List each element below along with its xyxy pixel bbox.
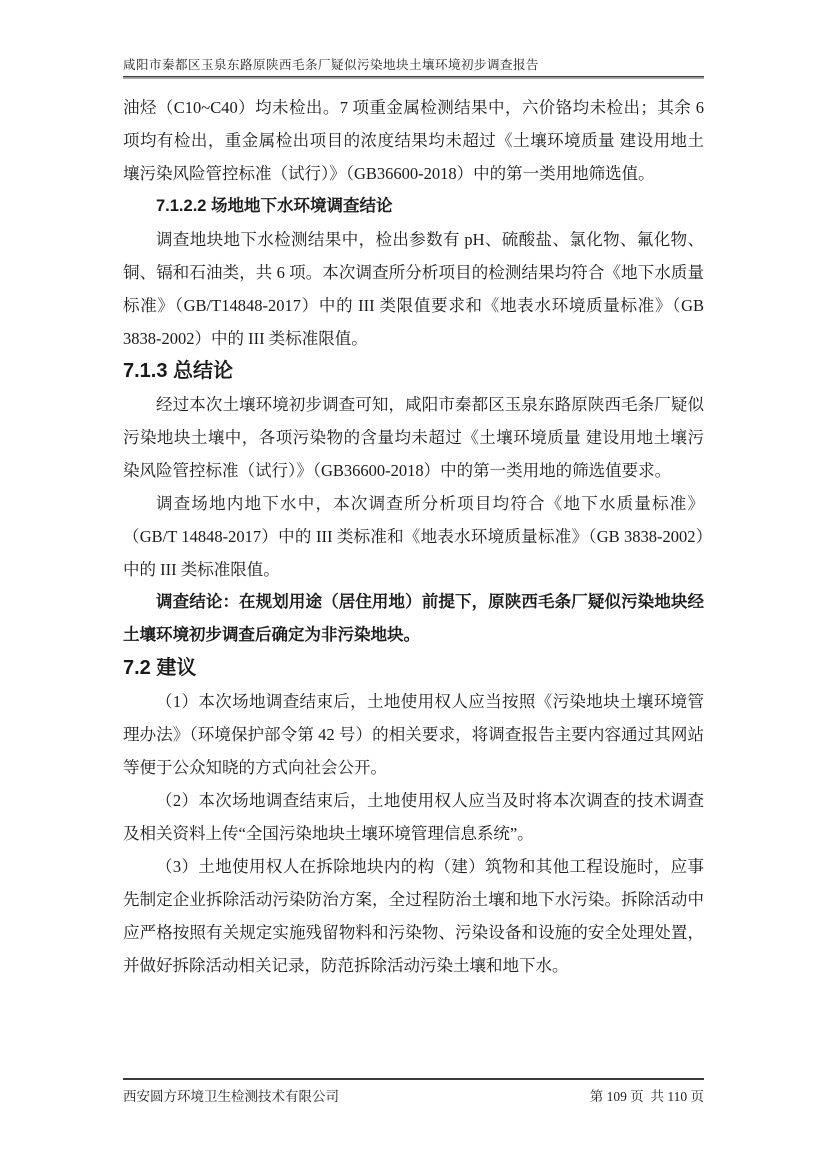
heading-7-1-3-general-conclusion: 7.1.3 总结论 xyxy=(123,355,704,388)
page-content: 油烃（C10~C40）均未检出。7 项重金属检测结果中，六价铬均未检出；其余 6… xyxy=(123,91,704,982)
paragraph-soil-summary: 经过本次土壤环境初步调查可知，咸阳市秦都区玉泉东路原陕西毛条厂疑似污染地块土壤中… xyxy=(123,388,704,487)
paragraph-groundwater-results: 调查地块地下水检测结果中，检出参数有 pH、硫酸盐、氯化物、氟化物、铜、镉和石油… xyxy=(123,223,704,355)
paragraph-suggestion-1: （1）本次场地调查结束后，土地使用权人应当按照《污染地块土壤环境管理办法》（环境… xyxy=(123,685,704,784)
paragraph-groundwater-summary: 调查场地内地下水中，本次调查所分析项目均符合《地下水质量标准》（GB/T 148… xyxy=(123,487,704,586)
paragraph-survey-conclusion: 调查结论：在规划用途（居住用地）前提下，原陕西毛条厂疑似污染地块经土壤环境初步调… xyxy=(123,586,704,652)
heading-7-1-2-2-groundwater-conclusion: 7.1.2.2 场地地下水环境调查结论 xyxy=(123,190,704,223)
page-header: 咸阳市秦都区玉泉东路原陕西毛条厂疑似污染地块土壤环境初步调查报告 xyxy=(123,57,704,79)
report-page: 咸阳市秦都区玉泉东路原陕西毛条厂疑似污染地块土壤环境初步调查报告 油烃（C10~… xyxy=(0,0,827,1169)
page-footer: 西安圆方环境卫生检测技术有限公司 第 109 页 共 110 页 xyxy=(123,1078,704,1105)
footer-company-name: 西安圆方环境卫生检测技术有限公司 xyxy=(123,1085,339,1105)
paragraph-suggestion-3: （3）土地使用权人在拆除地块内的构（建）筑物和其他工程设施时，应事先制定企业拆除… xyxy=(123,850,704,982)
header-rule xyxy=(123,76,704,79)
report-title: 咸阳市秦都区玉泉东路原陕西毛条厂疑似污染地块土壤环境初步调查报告 xyxy=(123,57,704,74)
paragraph-intro-continued: 油烃（C10~C40）均未检出。7 项重金属检测结果中，六价铬均未检出；其余 6… xyxy=(123,91,704,190)
paragraph-suggestion-2: （2）本次场地调查结束后，土地使用权人应当及时将本次调查的技术调查及相关资料上传… xyxy=(123,784,704,850)
heading-7-2-suggestions: 7.2 建议 xyxy=(123,652,704,685)
footer-page-indicator: 第 109 页 共 110 页 xyxy=(590,1085,704,1105)
